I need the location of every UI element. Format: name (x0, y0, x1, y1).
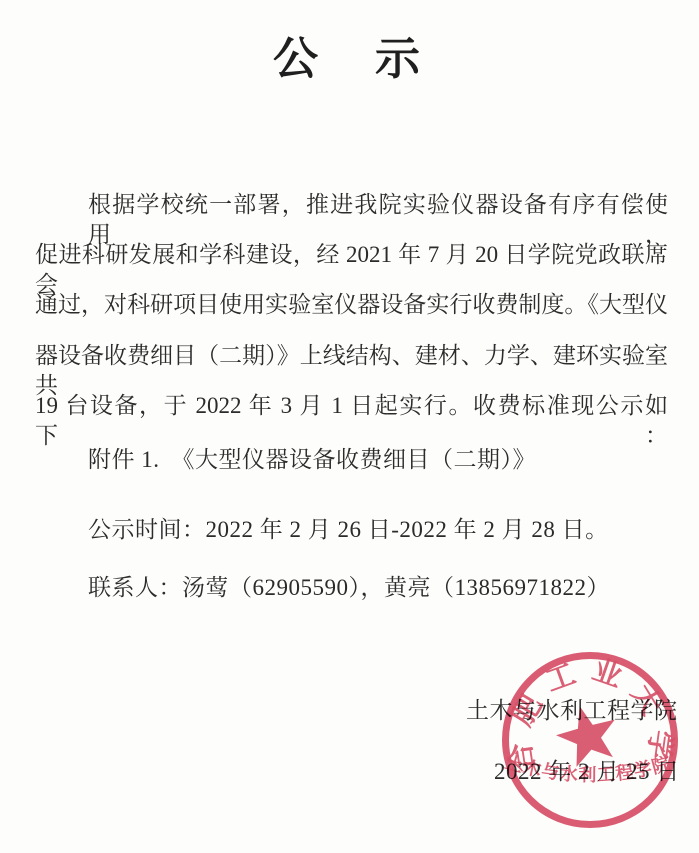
notice-period-line: 公示时间：2022 年 2 月 26 日-2022 年 2 月 28 日。 (88, 515, 609, 545)
document-title: 公 示 (0, 22, 699, 87)
seal-ring (506, 656, 675, 825)
paragraph-line-5: 19 台设备，于 2022 年 3 月 1 日起实行。收费标准现公示如下： (35, 391, 668, 451)
contacts-line: 联系人：汤莺（62905590），黄亮（13856971822） (88, 573, 610, 603)
signature-date: 2022 年 2 月 25 日 (494, 757, 680, 787)
signature-department: 土木与水利工程学院 (466, 696, 678, 726)
paragraph-line-3: 通过，对科研项目使用实验室仪器设备实行收费制度。《大型仪 (35, 290, 668, 320)
notice-document-page: 公 示 根据学校统一部署，推进我院实验仪器设备有序有偿使用， 促进科研发展和学科… (0, 0, 699, 853)
attachment-line: 附件 1. 《大型仪器设备收费细目（二期）》 (88, 445, 536, 475)
